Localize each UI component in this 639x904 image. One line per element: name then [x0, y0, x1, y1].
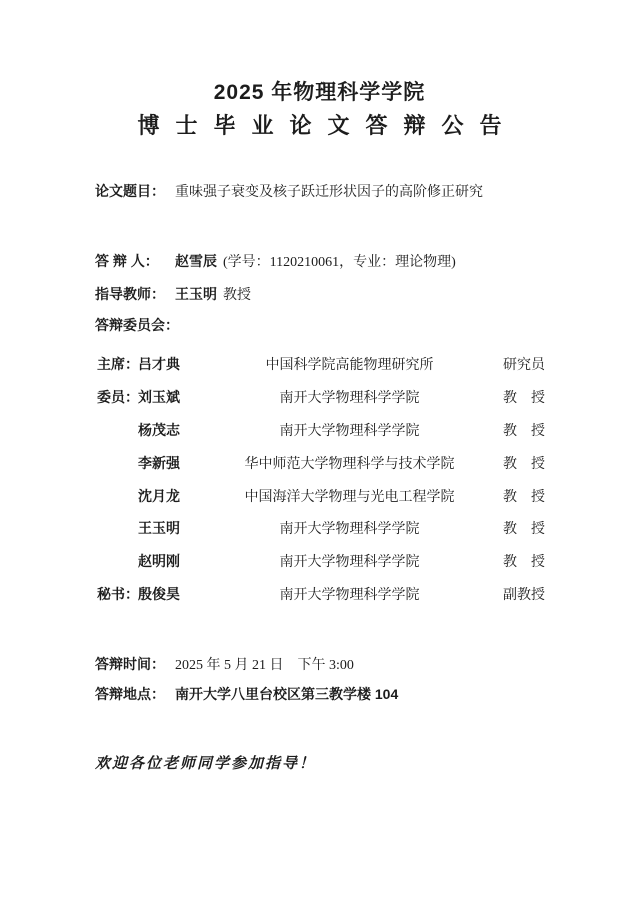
- member-role: 秘书：: [97, 584, 138, 604]
- supervisor-line: 指导教师：王玉明教授: [95, 283, 251, 307]
- member-title: 副教授: [497, 584, 545, 604]
- member-name: 赵明刚: [138, 551, 186, 571]
- defense-location-value: 南开大学八里台校区第三教学楼 104: [175, 686, 398, 702]
- member-name: 吕才典: [138, 354, 186, 374]
- member-title: 教 授: [497, 453, 545, 473]
- member-title: 教 授: [497, 387, 545, 407]
- member-title: 教 授: [497, 551, 545, 571]
- committee-row: 王玉明 南开大学物理科学学院 教 授: [97, 512, 545, 545]
- member-name: 刘玉斌: [138, 387, 186, 407]
- committee-row: 委员： 刘玉斌 南开大学物理科学学院 教 授: [97, 381, 545, 414]
- thesis-title-label: 论文题目：: [95, 180, 175, 202]
- member-affiliation: 南开大学物理科学学院: [186, 584, 497, 604]
- candidate-label: 答 辩 人：: [95, 250, 175, 272]
- candidate-details: (学号：1120210061，专业：理论物理): [223, 255, 456, 270]
- member-role: 委员：: [97, 387, 138, 407]
- member-affiliation: 华中师范大学物理科学与技术学院: [186, 453, 497, 473]
- defense-location-label: 答辩地点：: [95, 683, 175, 705]
- committee-row: 沈月龙 中国海洋大学物理与光电工程学院 教 授: [97, 479, 545, 512]
- member-name: 杨茂志: [138, 420, 186, 440]
- member-name: 李新强: [138, 453, 186, 473]
- defense-time-label: 答辩时间：: [95, 653, 175, 675]
- welcome-message: 欢迎各位老师同学参加指导！: [95, 753, 316, 775]
- member-role: 主席：: [97, 354, 138, 374]
- member-title: 教 授: [497, 518, 545, 538]
- member-name: 沈月龙: [138, 486, 186, 506]
- committee-row: 赵明刚 南开大学物理科学学院 教 授: [97, 545, 545, 578]
- thesis-title-line: 论文题目：重味强子衰变及核子跃迁形状因子的高阶修正研究: [95, 180, 483, 204]
- defense-announcement-page: 2025 年物理科学学院 博士毕业论文答辩公告 论文题目：重味强子衰变及核子跃迁…: [0, 0, 639, 904]
- thesis-title-value: 重味强子衰变及核子跃迁形状因子的高阶修正研究: [175, 185, 483, 200]
- committee-row: 李新强 华中师范大学物理科学与技术学院 教 授: [97, 446, 545, 479]
- defense-time-value: 2025 年 5 月 21 日 下午 3:00: [175, 658, 354, 673]
- committee-row: 主席： 吕才典 中国科学院高能物理研究所 研究员: [97, 348, 545, 381]
- member-title: 教 授: [497, 486, 545, 506]
- committee-row: 秘书： 殷俊昊 南开大学物理科学学院 副教授: [97, 578, 545, 611]
- page-title-line2: 博士毕业论文答辩公告: [0, 112, 639, 140]
- member-affiliation: 中国科学院高能物理研究所: [186, 354, 497, 374]
- member-affiliation: 南开大学物理科学学院: [186, 387, 497, 407]
- member-affiliation: 中国海洋大学物理与光电工程学院: [186, 486, 497, 506]
- member-title: 研究员: [497, 354, 545, 374]
- candidate-line: 答 辩 人：赵雪辰(学号：1120210061，专业：理论物理): [95, 250, 456, 274]
- member-name: 殷俊昊: [138, 584, 186, 604]
- committee-row: 杨茂志 南开大学物理科学学院 教 授: [97, 414, 545, 447]
- member-affiliation: 南开大学物理科学学院: [186, 518, 497, 538]
- member-name: 王玉明: [138, 518, 186, 538]
- supervisor-title: 教授: [223, 288, 251, 303]
- defense-time-line: 答辩时间：2025 年 5 月 21 日 下午 3:00: [95, 653, 354, 677]
- candidate-name: 赵雪辰: [175, 253, 217, 269]
- page-title-line1: 2025 年物理科学学院: [0, 81, 639, 105]
- member-title: 教 授: [497, 420, 545, 440]
- member-affiliation: 南开大学物理科学学院: [186, 551, 497, 571]
- defense-location-line: 答辩地点：南开大学八里台校区第三教学楼 104: [95, 683, 398, 707]
- supervisor-name: 王玉明: [175, 286, 217, 302]
- committee-table: 主席： 吕才典 中国科学院高能物理研究所 研究员 委员： 刘玉斌 南开大学物理科…: [97, 348, 545, 610]
- supervisor-label: 指导教师：: [95, 283, 175, 305]
- committee-heading: 答辩委员会：: [95, 314, 179, 336]
- member-affiliation: 南开大学物理科学学院: [186, 420, 497, 440]
